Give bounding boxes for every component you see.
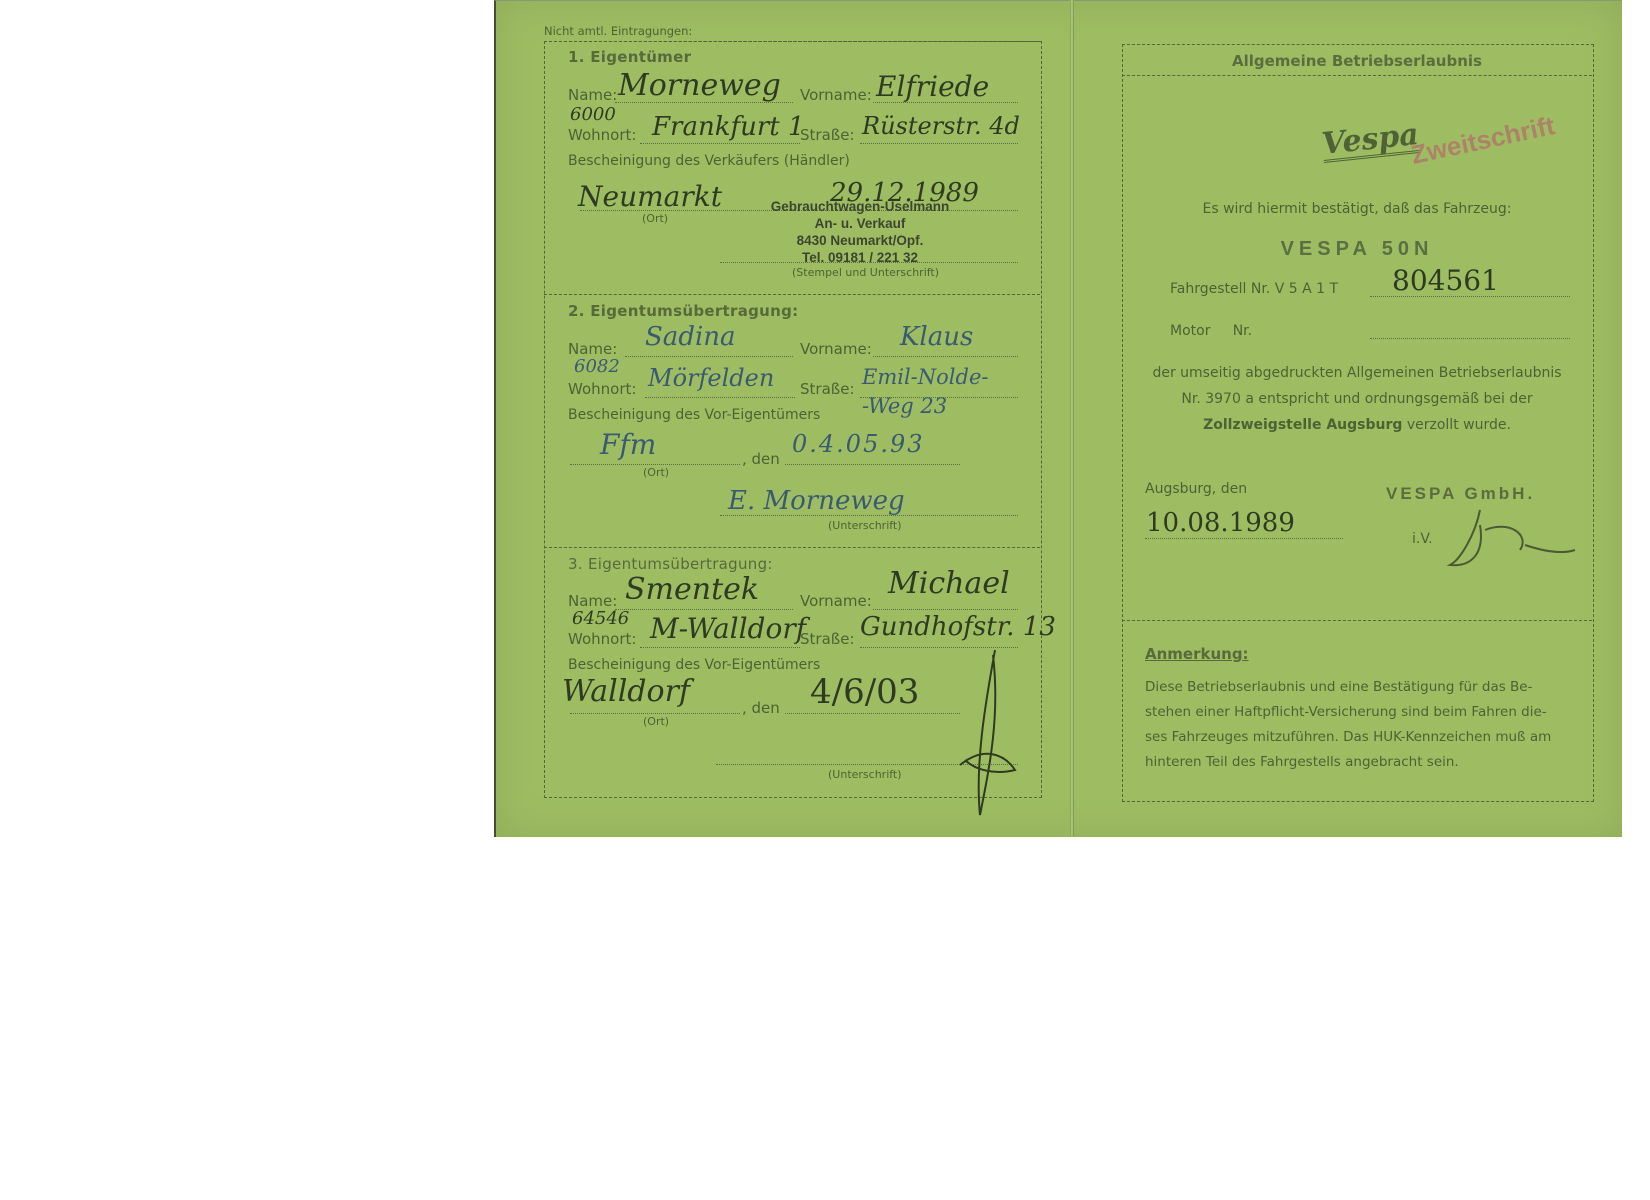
section3-plz-value: 64546 <box>572 608 629 629</box>
section2-wohnort-label: Wohnort: <box>568 380 636 398</box>
company-name: VESPA GmbH. <box>1386 484 1535 504</box>
section2-certification-label: Bescheinigung des Vor-Eigentümers <box>568 407 820 423</box>
dotted-line <box>785 464 960 465</box>
dotted-line <box>785 713 960 714</box>
section3-certification-label: Bescheinigung des Vor-Eigentümers <box>568 657 820 673</box>
section1-plz-value: 6000 <box>570 104 616 125</box>
dotted-line <box>645 397 795 398</box>
motor-label: Motor Nr. <box>1170 318 1252 344</box>
permit-title: Allgemeine Betriebserlaubnis <box>1122 52 1592 70</box>
section1-name-label: Name: <box>568 86 617 104</box>
section2-ort-caption: (Ort) <box>643 466 669 479</box>
section3-name-value: Smentek <box>625 572 759 607</box>
dotted-line <box>570 464 740 465</box>
section2-strasse-value-line2: -Weg 23 <box>862 394 947 418</box>
dotted-line <box>640 647 800 648</box>
place-label: Augsburg, den <box>1145 476 1247 502</box>
page-fold <box>1070 0 1074 836</box>
section2-title: 2. Eigentumsübertragung: <box>568 302 798 320</box>
divider <box>544 294 1040 295</box>
dotted-line <box>860 143 1018 144</box>
section1-ort-caption: (Ort) <box>642 212 668 225</box>
section3-vorname-value: Michael <box>888 566 1010 601</box>
iv-label: i.V. <box>1412 526 1433 552</box>
section1-strasse-value: Rüsterstr. 4d <box>862 112 1020 140</box>
note-title: Anmerkung: <box>1145 645 1249 663</box>
issue-date: 10.08.1989 <box>1146 508 1295 538</box>
section3-den-label: , den <box>742 699 780 717</box>
dotted-line <box>615 609 793 610</box>
chassis-number: 804561 <box>1392 264 1499 297</box>
signature-scribble <box>955 645 1025 825</box>
section1-ort-value: Neumarkt <box>578 180 722 213</box>
section1-vorname-label: Vorname: <box>800 86 872 104</box>
dotted-line <box>640 143 800 144</box>
section2-vorname-label: Vorname: <box>800 340 872 358</box>
section2-vorname-value: Klaus <box>900 322 973 352</box>
section1-title: 1. Eigentümer <box>568 48 691 66</box>
section3-ort-caption: (Ort) <box>643 715 669 728</box>
vehicle-model: VESPA 50N <box>1122 238 1592 261</box>
section1-strasse-label: Straße: <box>800 126 855 144</box>
dotted-line <box>1370 338 1570 339</box>
section2-plz-value: 6082 <box>574 356 620 377</box>
dealer-stamp: Gebrauchtwagen-Uselmann An- u. Verkauf 8… <box>740 198 980 266</box>
dotted-line <box>625 356 793 357</box>
chassis-label: Fahrgestell Nr. V 5 A 1 T <box>1170 276 1338 302</box>
permit-paragraph: der umseitig abgedruckten Allgemeinen Be… <box>1122 360 1592 438</box>
section2-date-value: 0.4.05.93 <box>792 430 925 458</box>
dotted-line <box>873 609 1018 610</box>
section1-vorname-value: Elfriede <box>876 70 989 103</box>
section3-strasse-value: Gundhofstr. 13 <box>860 612 1056 642</box>
divider <box>1122 75 1592 76</box>
section2-ort-value: Ffm <box>600 428 656 461</box>
section3-wohnort-label: Wohnort: <box>568 630 636 648</box>
section3-wohnort-value: M-Walldorf <box>650 612 806 645</box>
section2-signature-caption: (Unterschrift) <box>828 519 902 532</box>
note-text: Diese Betriebserlaubnis und eine Bestäti… <box>1145 675 1573 775</box>
section2-den-label: , den <box>742 450 780 468</box>
dotted-line <box>720 262 1018 263</box>
dotted-line <box>873 356 1018 357</box>
section3-date-value: 4/6/03 <box>810 672 919 712</box>
section1-certification-label: Bescheinigung des Verkäufers (Händler) <box>568 153 850 169</box>
section3-ort-value: Walldorf <box>562 674 690 709</box>
section1-name-value: Morneweg <box>618 68 781 103</box>
section2-strasse-value-line1: Emil-Nolde- <box>862 365 988 389</box>
section3-title: 3. Eigentumsübertragung: <box>568 555 773 573</box>
section2-strasse-label: Straße: <box>800 380 855 398</box>
company-signature <box>1440 505 1580 575</box>
divider <box>1122 620 1592 621</box>
section3-strasse-label: Straße: <box>800 630 855 648</box>
section2-name-value: Sadina <box>645 322 736 352</box>
non-official-entries-label: Nicht amtl. Eintragungen: <box>544 24 692 38</box>
section3-vorname-label: Vorname: <box>800 592 872 610</box>
confirm-text: Es wird hiermit bestätigt, daß das Fahrz… <box>1122 196 1592 222</box>
section3-signature-caption: (Unterschrift) <box>828 768 902 781</box>
section1-wohnort-value: Frankfurt 1 <box>652 112 805 142</box>
dotted-line <box>570 713 740 714</box>
dotted-line <box>1145 538 1343 539</box>
divider <box>544 547 1040 548</box>
section2-wohnort-value: Mörfelden <box>648 364 774 392</box>
section2-signature-value: E. Morneweg <box>728 486 905 516</box>
section1-wohnort-label: Wohnort: <box>568 126 636 144</box>
section1-signature-caption: (Stempel und Unterschrift) <box>792 266 939 279</box>
